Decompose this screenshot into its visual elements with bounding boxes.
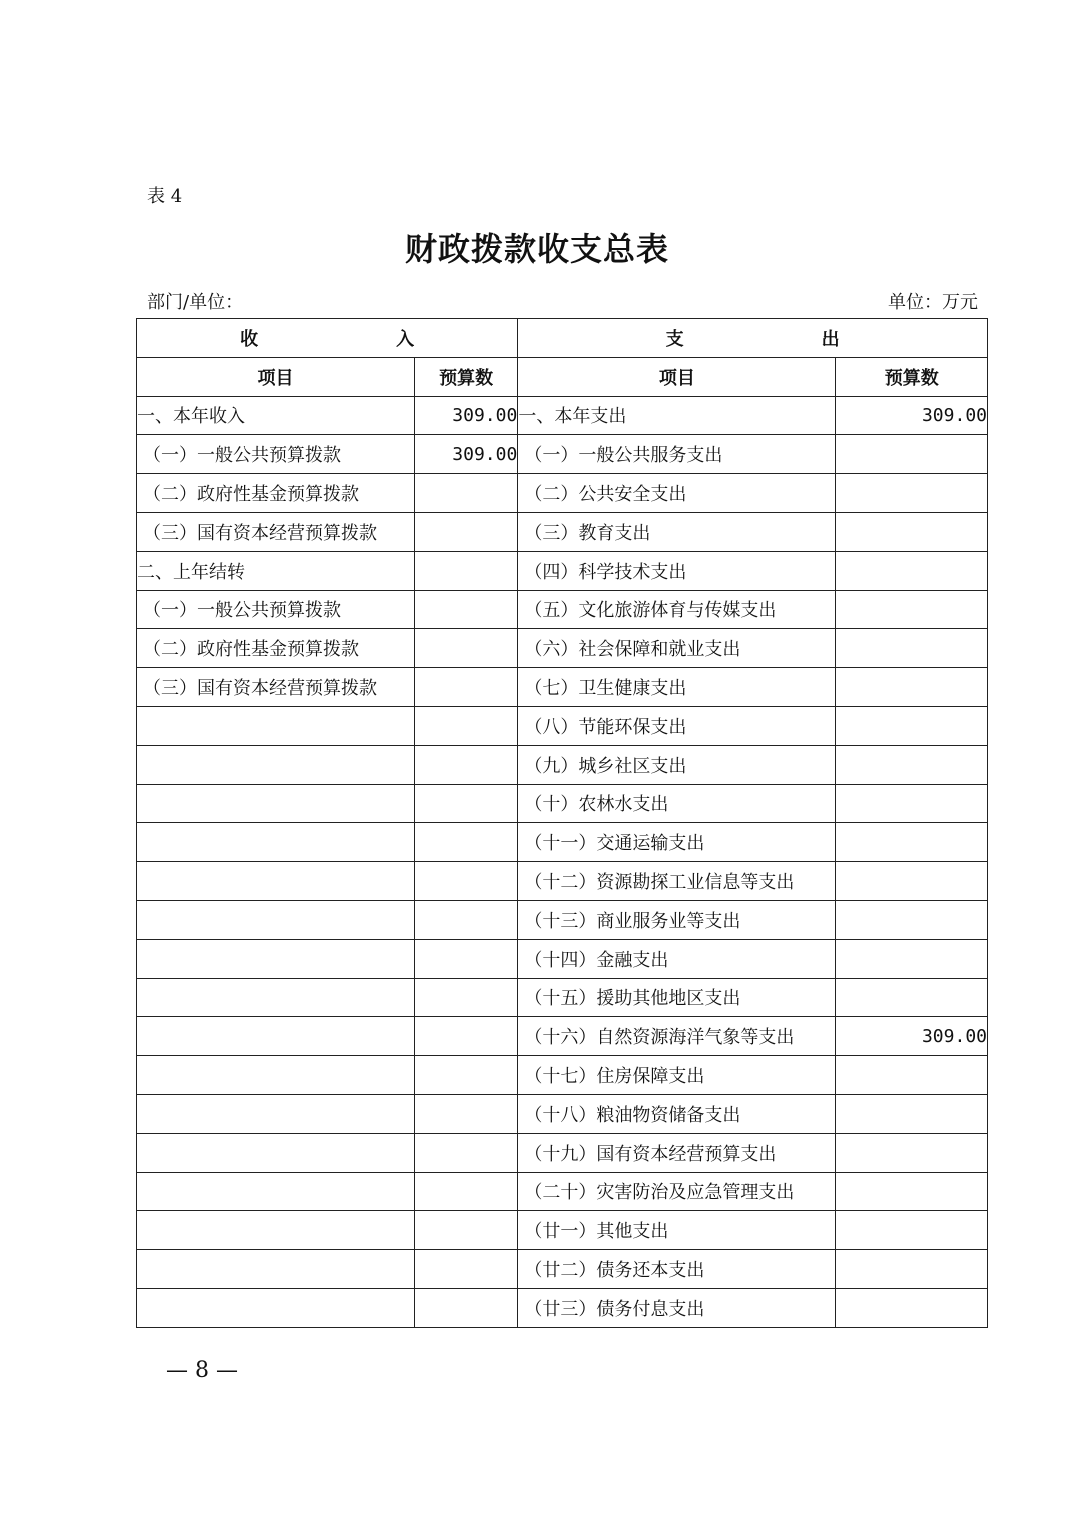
expense-item-cell: （十三）商业服务业等支出 <box>518 900 836 939</box>
table-row: （廿二）债务还本支出 <box>137 1250 988 1289</box>
income-item-cell: 二、上年结转 <box>137 551 415 590</box>
income-item-cell <box>137 1250 415 1289</box>
income-amount-cell <box>414 1250 517 1289</box>
income-item-cell: （一）一般公共预算拨款 <box>137 435 415 474</box>
table-row: （一）一般公共预算拨款309.00（一）一般公共服务支出 <box>137 435 988 474</box>
table-row: （十五）援助其他地区支出 <box>137 978 988 1017</box>
income-amount-cell <box>414 978 517 1017</box>
table-row: （十六）自然资源海洋气象等支出309.00 <box>137 1017 988 1056</box>
income-amount-cell <box>414 1211 517 1250</box>
income-item-cell <box>137 784 415 823</box>
expense-item-cell: （七）卫生健康支出 <box>518 668 836 707</box>
income-item-cell <box>137 1211 415 1250</box>
income-item-cell: （三）国有资本经营预算拨款 <box>137 668 415 707</box>
income-amount-cell <box>414 862 517 901</box>
expense-amount-cell <box>836 1250 988 1289</box>
expense-item-cell: （十四）金融支出 <box>518 939 836 978</box>
income-amount-cell <box>414 629 517 668</box>
income-section-header: 收 入 <box>137 319 518 358</box>
expense-amount-cell <box>836 784 988 823</box>
income-item-cell <box>137 862 415 901</box>
expense-item-cell: （十八）粮油物资储备支出 <box>518 1094 836 1133</box>
expense-item-cell: （十七）住房保障支出 <box>518 1056 836 1095</box>
income-amount-cell <box>414 706 517 745</box>
expense-amount-header: 预算数 <box>836 357 988 396</box>
income-amount-cell <box>414 668 517 707</box>
income-amount-cell: 309.00 <box>414 396 517 435</box>
table-row: （三）国有资本经营预算拨款（七）卫生健康支出 <box>137 668 988 707</box>
expense-amount-cell: 309.00 <box>836 1017 988 1056</box>
income-amount-cell <box>414 1056 517 1095</box>
table-row: （八）节能环保支出 <box>137 706 988 745</box>
section-header-row: 收 入 支 出 <box>137 319 988 358</box>
page-number: — 8 — <box>166 1358 238 1383</box>
income-item-header: 项目 <box>137 357 415 396</box>
expense-amount-cell <box>836 435 988 474</box>
expense-item-cell: 一、本年支出 <box>518 396 836 435</box>
expense-amount-cell <box>836 668 988 707</box>
expense-item-header: 项目 <box>518 357 836 396</box>
expense-item-cell: （十六）自然资源海洋气象等支出 <box>518 1017 836 1056</box>
table-row: （二）政府性基金预算拨款（六）社会保障和就业支出 <box>137 629 988 668</box>
table-row: （十）农林水支出 <box>137 784 988 823</box>
income-item-cell <box>137 823 415 862</box>
table-row: （二十）灾害防治及应急管理支出 <box>137 1172 988 1211</box>
expense-item-cell: （九）城乡社区支出 <box>518 745 836 784</box>
income-item-cell: （三）国有资本经营预算拨款 <box>137 512 415 551</box>
expense-amount-cell <box>836 862 988 901</box>
page-title: 财政拨款收支总表 <box>0 224 1074 270</box>
income-amount-cell <box>414 1017 517 1056</box>
expense-amount-cell <box>836 1172 988 1211</box>
income-amount-cell <box>414 1172 517 1211</box>
table-row: 一、本年收入309.00一、本年支出309.00 <box>137 396 988 435</box>
income-item-cell <box>137 900 415 939</box>
expense-amount-cell <box>836 512 988 551</box>
department-label: 部门/单位： <box>147 288 243 314</box>
table-row: （九）城乡社区支出 <box>137 745 988 784</box>
table-row: （三）国有资本经营预算拨款（三）教育支出 <box>137 512 988 551</box>
expense-amount-cell: 309.00 <box>836 396 988 435</box>
table-row: （二）政府性基金预算拨款（二）公共安全支出 <box>137 474 988 513</box>
expense-amount-cell <box>836 823 988 862</box>
income-amount-cell <box>414 745 517 784</box>
income-item-cell <box>137 1017 415 1056</box>
income-amount-cell <box>414 1133 517 1172</box>
expense-amount-cell <box>836 1094 988 1133</box>
expense-amount-cell <box>836 1211 988 1250</box>
expense-amount-cell <box>836 474 988 513</box>
expense-amount-cell <box>836 900 988 939</box>
income-amount-cell <box>414 823 517 862</box>
income-amount-cell <box>414 551 517 590</box>
income-amount-cell <box>414 512 517 551</box>
expense-item-cell: （十九）国有资本经营预算支出 <box>518 1133 836 1172</box>
expense-amount-cell <box>836 1056 988 1095</box>
unit-label: 单位：万元 <box>888 288 978 314</box>
income-item-cell: （一）一般公共预算拨款 <box>137 590 415 629</box>
fiscal-appropriation-table: 收 入 支 出 项目 预算数 项目 预算数 一、本年收入309.00一、本年支出… <box>136 318 988 1328</box>
income-amount-cell <box>414 939 517 978</box>
income-amount-cell <box>414 1288 517 1327</box>
table-label: 表 4 <box>147 182 182 208</box>
income-item-cell <box>137 1094 415 1133</box>
expense-item-cell: （六）社会保障和就业支出 <box>518 629 836 668</box>
expense-item-cell: （廿一）其他支出 <box>518 1211 836 1250</box>
income-item-cell <box>137 1172 415 1211</box>
expense-amount-cell <box>836 590 988 629</box>
expense-item-cell: （二十）灾害防治及应急管理支出 <box>518 1172 836 1211</box>
table-row: 二、上年结转（四）科学技术支出 <box>137 551 988 590</box>
expense-amount-cell <box>836 745 988 784</box>
income-amount-cell <box>414 590 517 629</box>
table-row: （一）一般公共预算拨款（五）文化旅游体育与传媒支出 <box>137 590 988 629</box>
income-amount-cell: 309.00 <box>414 435 517 474</box>
expense-item-cell: （廿三）债务付息支出 <box>518 1288 836 1327</box>
expense-item-cell: （一）一般公共服务支出 <box>518 435 836 474</box>
income-item-cell <box>137 745 415 784</box>
table-row: （廿三）债务付息支出 <box>137 1288 988 1327</box>
expense-item-cell: （十一）交通运输支出 <box>518 823 836 862</box>
expense-amount-cell <box>836 1288 988 1327</box>
expense-item-cell: （三）教育支出 <box>518 512 836 551</box>
income-amount-header: 预算数 <box>414 357 517 396</box>
income-amount-cell <box>414 1094 517 1133</box>
expense-amount-cell <box>836 551 988 590</box>
income-item-cell <box>137 706 415 745</box>
income-item-cell <box>137 1288 415 1327</box>
expense-item-cell: （五）文化旅游体育与传媒支出 <box>518 590 836 629</box>
income-item-cell <box>137 1056 415 1095</box>
income-amount-cell <box>414 900 517 939</box>
table-row: （廿一）其他支出 <box>137 1211 988 1250</box>
expense-item-cell: （八）节能环保支出 <box>518 706 836 745</box>
income-item-cell <box>137 1133 415 1172</box>
income-amount-cell <box>414 474 517 513</box>
expense-amount-cell <box>836 1133 988 1172</box>
table-row: （十三）商业服务业等支出 <box>137 900 988 939</box>
expense-amount-cell <box>836 978 988 1017</box>
expense-amount-cell <box>836 706 988 745</box>
table-row: （十八）粮油物资储备支出 <box>137 1094 988 1133</box>
expense-amount-cell <box>836 629 988 668</box>
expense-item-cell: （十五）援助其他地区支出 <box>518 978 836 1017</box>
income-item-cell: （二）政府性基金预算拨款 <box>137 629 415 668</box>
expense-item-cell: （二）公共安全支出 <box>518 474 836 513</box>
table-row: （十九）国有资本经营预算支出 <box>137 1133 988 1172</box>
expense-item-cell: （十）农林水支出 <box>518 784 836 823</box>
income-item-cell <box>137 978 415 1017</box>
column-header-row: 项目 预算数 项目 预算数 <box>137 357 988 396</box>
table-row: （十四）金融支出 <box>137 939 988 978</box>
table-row: （十二）资源勘探工业信息等支出 <box>137 862 988 901</box>
expense-item-cell: （十二）资源勘探工业信息等支出 <box>518 862 836 901</box>
income-item-cell: （二）政府性基金预算拨款 <box>137 474 415 513</box>
income-item-cell <box>137 939 415 978</box>
income-item-cell: 一、本年收入 <box>137 396 415 435</box>
expense-section-header: 支 出 <box>518 319 988 358</box>
table-row: （十一）交通运输支出 <box>137 823 988 862</box>
expense-amount-cell <box>836 939 988 978</box>
expense-item-cell: （四）科学技术支出 <box>518 551 836 590</box>
expense-item-cell: （廿二）债务还本支出 <box>518 1250 836 1289</box>
table-row: （十七）住房保障支出 <box>137 1056 988 1095</box>
income-amount-cell <box>414 784 517 823</box>
